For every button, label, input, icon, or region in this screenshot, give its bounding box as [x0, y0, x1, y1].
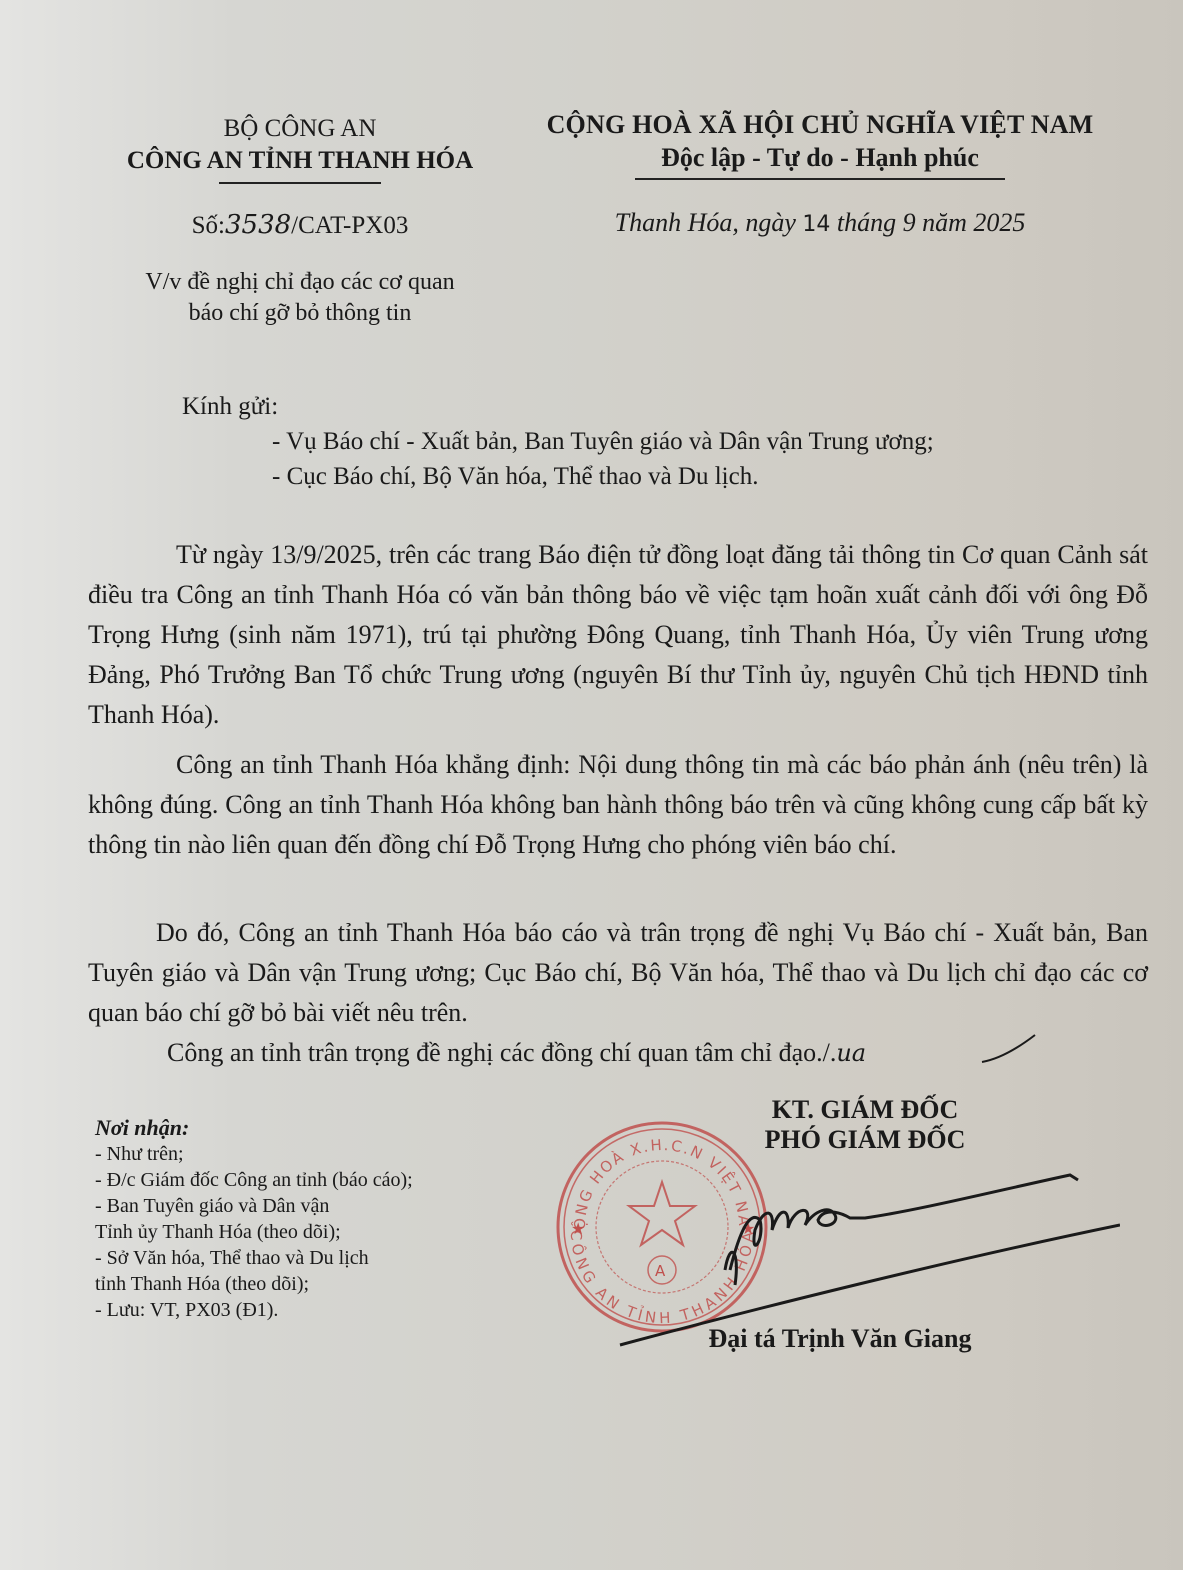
distribution-item: - Sở Văn hóa, Thể thao và Du lịch	[95, 1245, 515, 1271]
document-page: BỘ CÔNG AN CÔNG AN TỈNH THANH HÓA CỘNG H…	[0, 0, 1183, 1570]
distribution-list: Nơi nhận: - Như trên; - Đ/c Giám đốc Côn…	[95, 1115, 515, 1323]
document-number: Số:3538/CAT-PX03	[90, 210, 510, 240]
greeting: Kính gửi:	[182, 393, 278, 421]
closing-text: Công an tỉnh trân trọng đề nghị các đồng…	[167, 1038, 836, 1067]
agency-name: CÔNG AN TỈNH THANH HÓA	[90, 145, 510, 177]
date-suffix: tháng 9 năm 2025	[837, 208, 1026, 237]
doc-number-handwritten: 3538	[225, 210, 291, 240]
distribution-item: - Như trên;	[95, 1141, 515, 1167]
svg-text:★: ★	[571, 1221, 585, 1238]
handwritten-signature-icon	[600, 1150, 1120, 1350]
national-motto: Độc lập - Tự do - Hạnh phúc	[520, 142, 1120, 174]
paragraph-text: Do đó, Công an tỉnh Thanh Hóa báo cáo và…	[88, 918, 1148, 1027]
distribution-item: - Đ/c Giám đốc Công an tỉnh (báo cáo);	[95, 1167, 515, 1193]
doc-number-suffix: /CAT-PX03	[291, 212, 408, 239]
motto-underline	[635, 178, 1005, 180]
date-prefix: Thanh Hóa, ngày	[615, 208, 796, 237]
closing-line: Công an tỉnh trân trọng đề nghị các đồng…	[167, 1038, 866, 1068]
document-date: Thanh Hóa, ngày 14 tháng 9 năm 2025	[520, 208, 1120, 238]
signature-authority: KT. GIÁM ĐỐC	[660, 1095, 1070, 1125]
distribution-item: - Ban Tuyên giáo và Dân vận	[95, 1193, 515, 1219]
paragraph-text: Công an tỉnh Thanh Hóa khẳng định: Nội d…	[88, 750, 1148, 859]
body-paragraph: Do đó, Công an tỉnh Thanh Hóa báo cáo và…	[88, 913, 1148, 1033]
national-title: CỘNG HOÀ XÃ HỘI CHỦ NGHĨA VIỆT NAM	[520, 108, 1120, 142]
subject-line-2: báo chí gỡ bỏ thông tin	[90, 298, 510, 329]
recipient-item: - Cục Báo chí, Bộ Văn hóa, Thể thao và D…	[272, 463, 758, 491]
distribution-item: - Lưu: VT, PX03 (Đ1).	[95, 1297, 515, 1323]
signer-name: Đại tá Trịnh Văn Giang	[640, 1324, 1040, 1354]
distribution-title: Nơi nhận:	[95, 1115, 515, 1141]
subject-line: V/v đề nghị chỉ đạo các cơ quan báo chí …	[90, 267, 510, 329]
agency-underline	[219, 182, 381, 184]
doc-number-prefix: Số:	[192, 212, 225, 239]
body-paragraph: Từ ngày 13/9/2025, trên các trang Báo đi…	[88, 535, 1148, 735]
ministry-name: BỘ CÔNG AN	[90, 113, 510, 145]
distribution-item: tỉnh Thanh Hóa (theo dõi);	[95, 1271, 515, 1297]
national-header-block: CỘNG HOÀ XÃ HỘI CHỦ NGHĨA VIỆT NAM Độc l…	[520, 108, 1120, 180]
paragraph-text: Từ ngày 13/9/2025, trên các trang Báo đi…	[88, 540, 1148, 729]
recipient-item: - Vụ Báo chí - Xuất bản, Ban Tuyên giáo …	[272, 428, 934, 456]
handwritten-initials: ua	[836, 1039, 866, 1067]
date-day-handwritten: 14	[802, 212, 830, 237]
initials-stroke-icon	[980, 1030, 1040, 1070]
issuing-agency-block: BỘ CÔNG AN CÔNG AN TỈNH THANH HÓA	[90, 113, 510, 184]
subject-line-1: V/v đề nghị chỉ đạo các cơ quan	[90, 267, 510, 298]
signature-authority-block: KT. GIÁM ĐỐC PHÓ GIÁM ĐỐC	[660, 1095, 1070, 1155]
body-paragraph: Công an tỉnh Thanh Hóa khẳng định: Nội d…	[88, 745, 1148, 865]
signature-position: PHÓ GIÁM ĐỐC	[660, 1125, 1070, 1155]
distribution-item: Tỉnh ủy Thanh Hóa (theo dõi);	[95, 1219, 515, 1245]
